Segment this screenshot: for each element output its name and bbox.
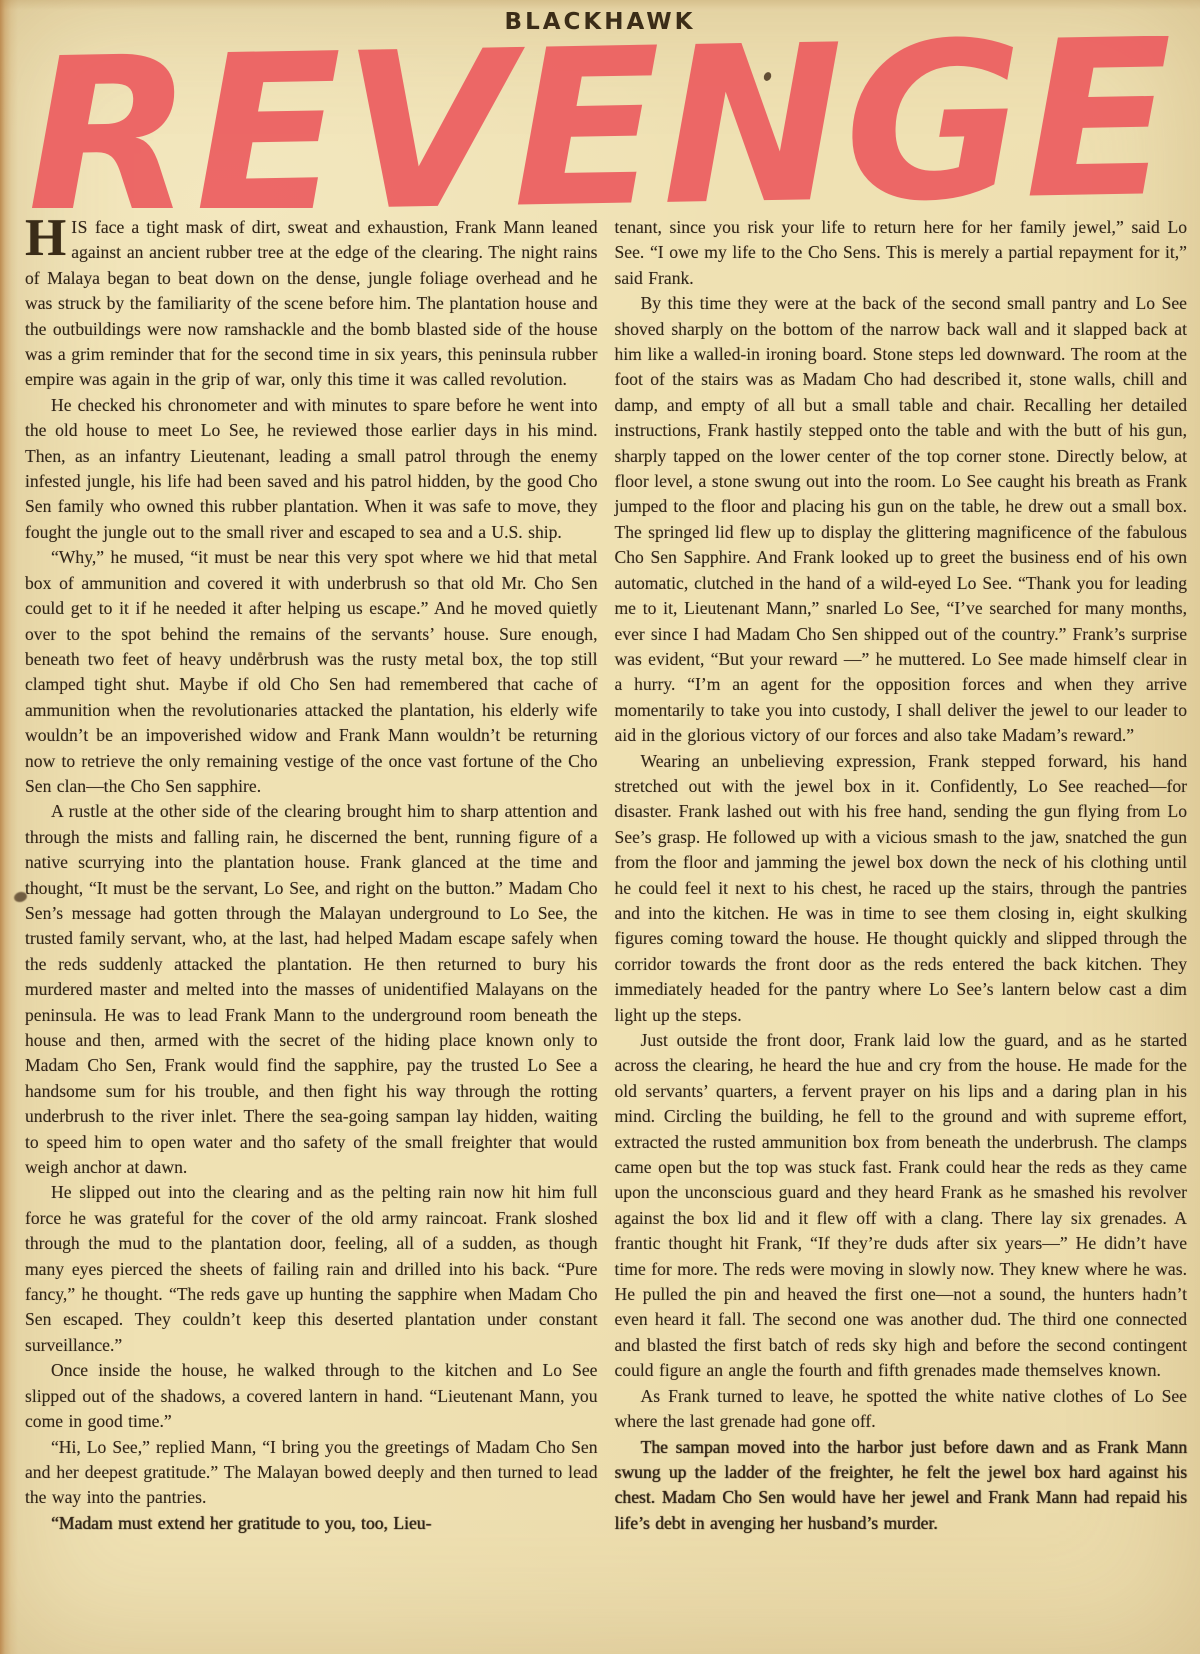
story-paragraph: By this time they were at the back of th… xyxy=(615,291,1188,748)
story-columns: HIS face a tight mask of dirt, sweat and… xyxy=(0,208,1200,1536)
story-paragraph: Once inside the house, he walked through… xyxy=(25,1358,598,1434)
lead-caps: IS xyxy=(71,217,88,237)
drop-cap: H xyxy=(25,215,71,259)
story-paragraph: The sampan moved into the harbor just be… xyxy=(615,1435,1188,1537)
story-paragraph: HIS face a tight mask of dirt, sweat and… xyxy=(25,215,598,393)
story-paragraph: “Madam must extend her gratitude to you,… xyxy=(25,1511,598,1536)
ink-speck xyxy=(258,652,262,656)
story-paragraph: Wearing an unbelieving expression, Frank… xyxy=(615,749,1188,1028)
page-left-edge-shading xyxy=(0,0,18,1654)
story-paragraph: He slipped out into the clearing and as … xyxy=(25,1180,598,1358)
story-paragraph: tenant, since you risk your life to retu… xyxy=(615,215,1188,291)
story-paragraph: He checked his chronometer and with minu… xyxy=(25,393,598,545)
story-paragraph: Just outside the front door, Frank laid … xyxy=(615,1028,1188,1384)
story-paragraph: As Frank turned to leave, he spotted the… xyxy=(615,1384,1188,1435)
story-title-text: REVENGE xyxy=(23,36,1175,208)
story-title: REVENGE xyxy=(21,36,1179,208)
paragraph-text: face a tight mask of dirt, sweat and exh… xyxy=(25,217,598,389)
story-paragraph: “Why,” he mused, “it must be near this v… xyxy=(25,545,598,799)
page-top-edge-shading xyxy=(0,0,1200,10)
story-title-lettering: REVENGE xyxy=(21,36,1179,208)
story-paragraph: A rustle at the other side of the cleari… xyxy=(25,799,598,1180)
comic-text-page: BLACKHAWK REVENGE HIS face a tight mask … xyxy=(0,0,1200,1654)
left-column: HIS face a tight mask of dirt, sweat and… xyxy=(25,215,598,1536)
right-column: tenant, since you risk your life to retu… xyxy=(615,215,1188,1536)
story-paragraph: “Hi, Lo See,” replied Mann, “I bring you… xyxy=(25,1435,598,1511)
